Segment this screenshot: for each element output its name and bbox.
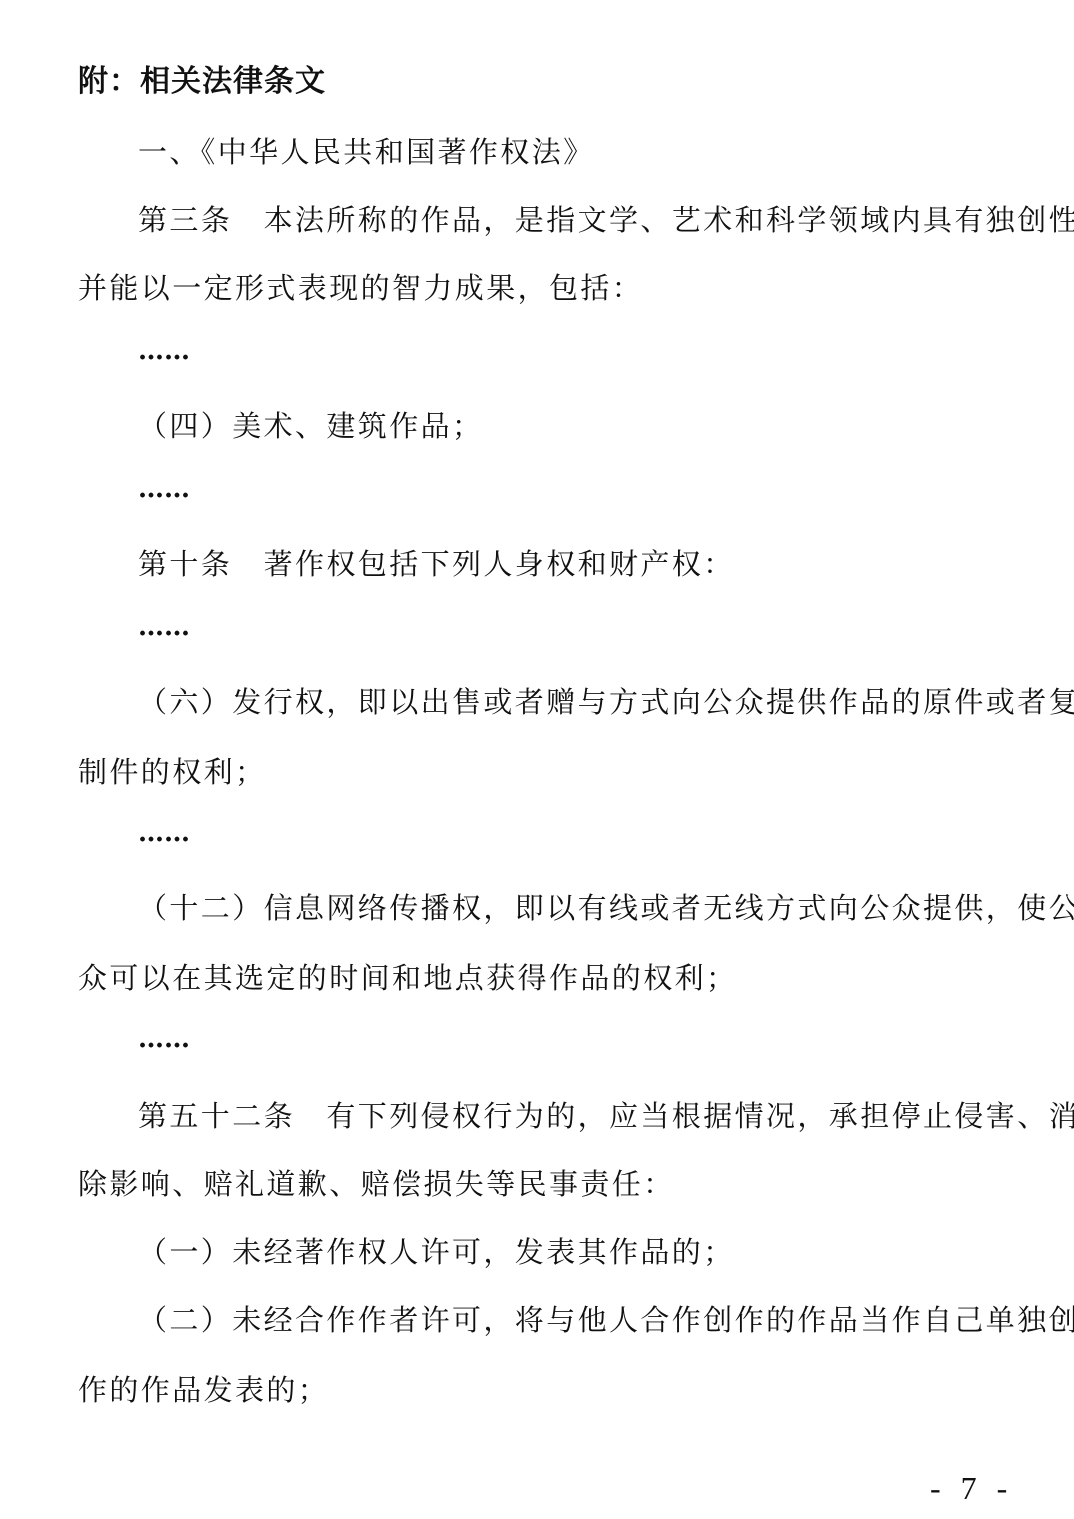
article-3-line-1: 第三条 本法所称的作品，是指文学、艺术和科学领域内具有独创性: [138, 198, 1074, 239]
clause-1: （一）未经著作权人许可，发表其作品的；: [138, 1230, 735, 1271]
ellipsis: ……: [138, 612, 190, 642]
page-number: - 7 -: [930, 1470, 1013, 1507]
item-6-line-1: （六）发行权，即以出售或者赠与方式向公众提供作品的原件或者复: [138, 680, 1074, 721]
ellipsis: ……: [138, 474, 190, 504]
article-52-line-1: 第五十二条 有下列侵权行为的，应当根据情况，承担停止侵害、消: [138, 1094, 1074, 1135]
article-3-line-2: 并能以一定形式表现的智力成果，包括：: [78, 266, 643, 307]
clause-2-line-2: 作的作品发表的；: [78, 1368, 329, 1409]
ellipsis: ……: [138, 336, 190, 366]
article-52-line-2: 除影响、赔礼道歉、赔偿损失等民事责任：: [78, 1162, 675, 1203]
clause-2-line-1: （二）未经合作作者许可，将与他人合作创作的作品当作自己单独创: [138, 1298, 1074, 1339]
article-10: 第十条 著作权包括下列人身权和财产权：: [138, 542, 735, 583]
item-6-line-2: 制件的权利；: [78, 750, 266, 791]
item-12-line-1: （十二）信息网络传播权，即以有线或者无线方式向公众提供，使公: [138, 886, 1074, 927]
ellipsis: ……: [138, 818, 190, 848]
item-4: （四）美术、建筑作品；: [138, 404, 483, 445]
law-title: 一、《中华人民共和国著作权法》: [138, 130, 595, 171]
appendix-heading: 附：相关法律条文: [78, 56, 326, 100]
item-12-line-2: 众可以在其选定的时间和地点获得作品的权利；: [78, 956, 737, 997]
ellipsis: ……: [138, 1024, 190, 1054]
